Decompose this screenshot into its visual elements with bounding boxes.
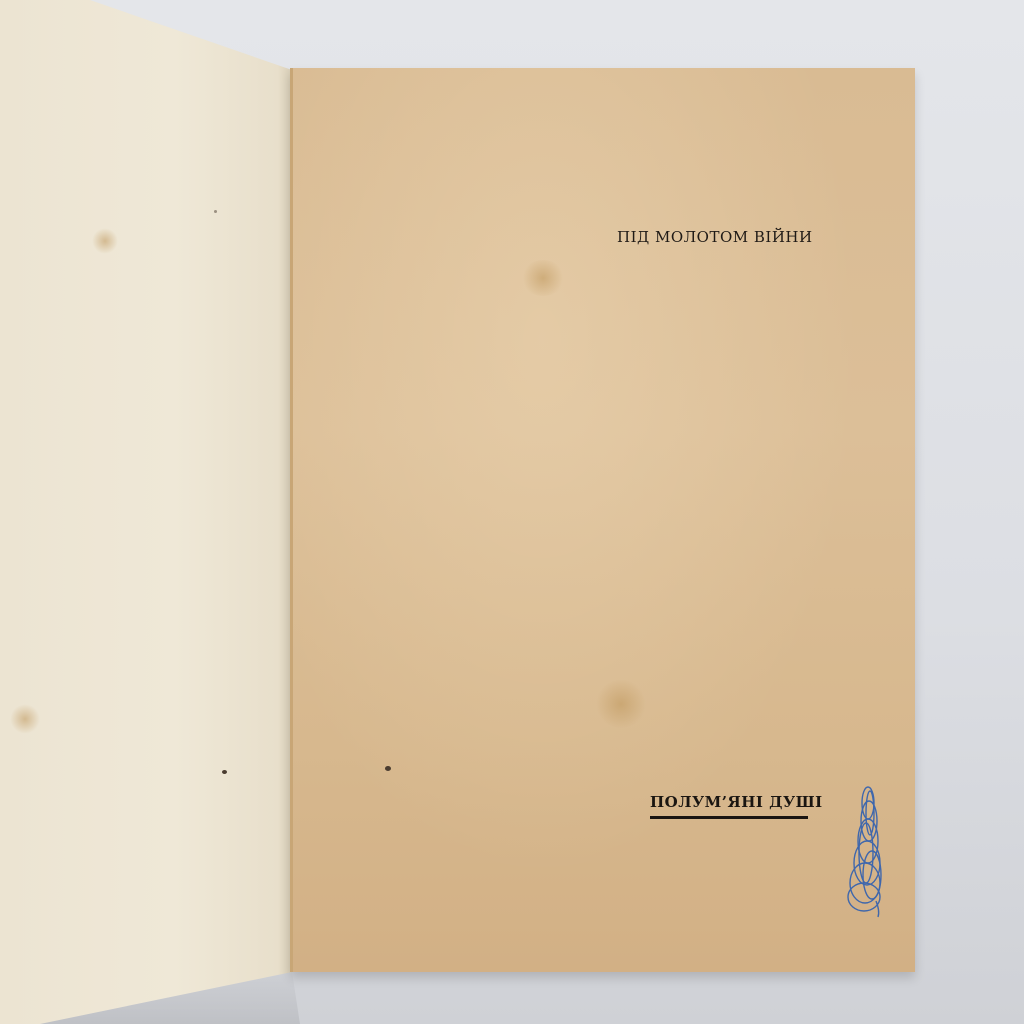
speck xyxy=(222,770,227,774)
stain xyxy=(595,680,647,728)
stain xyxy=(521,260,565,296)
speck xyxy=(385,766,391,771)
speck xyxy=(214,210,217,213)
title-underline xyxy=(650,816,808,819)
pen-scribble-icon xyxy=(846,783,890,919)
book-title: ПОЛУМ’ЯНІ ДУШІ xyxy=(650,793,823,811)
stain xyxy=(92,228,118,254)
stain xyxy=(10,704,40,734)
right-page-title: ПІД МОЛОТОМ ВІЙНИ ПОЛУМ’ЯНІ ДУШІ xyxy=(290,68,915,972)
series-title: ПІД МОЛОТОМ ВІЙНИ xyxy=(617,228,813,246)
left-page-blank xyxy=(0,0,292,1024)
